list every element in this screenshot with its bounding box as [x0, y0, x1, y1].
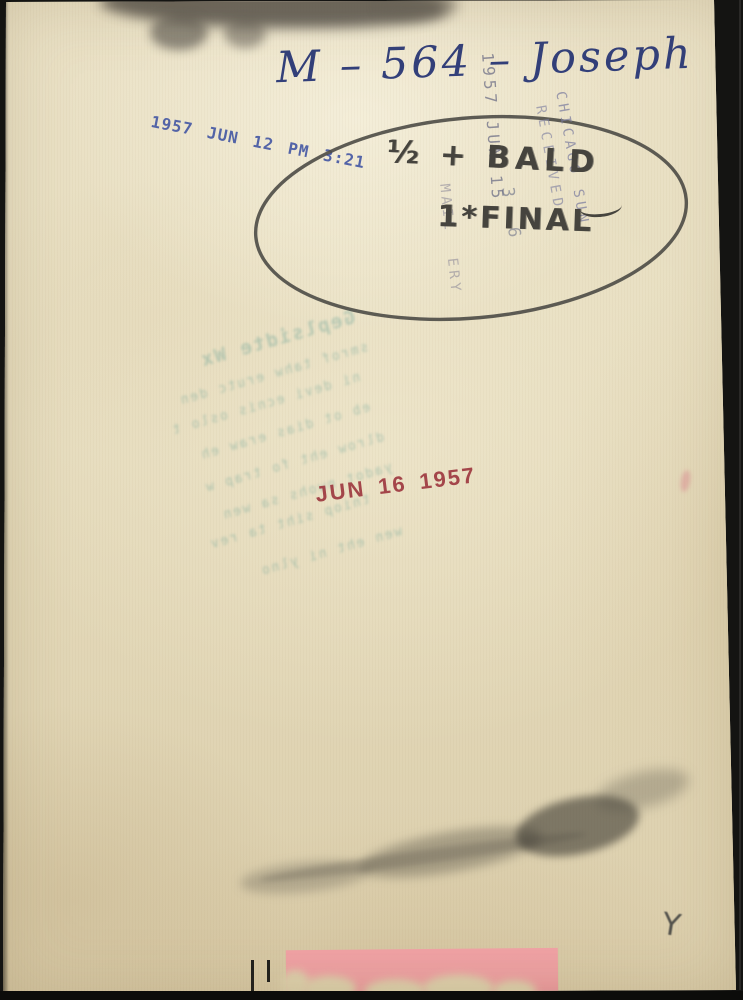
corner-sorter-mark: Y	[659, 907, 683, 944]
left-scan-edge	[0, 0, 9, 1000]
publication-date-stamp: JUN 16 1957	[314, 462, 478, 508]
crop-note-line2: 1*FINAL	[437, 199, 595, 239]
bottom-photo-edge	[0, 991, 743, 1000]
pink-tape-strip	[286, 948, 558, 994]
stamp-digit-3: 3	[497, 186, 518, 198]
photo-verso-scan: M – 564 – Joseph 1957 JUN 12 PM 3:21 195…	[0, 0, 743, 1000]
registration-tick-mark	[267, 960, 270, 982]
top-ink-smudge-lobe	[224, 18, 266, 48]
photo-back-paper: M – 564 – Joseph 1957 JUN 12 PM 3:21 195…	[0, 0, 743, 1000]
pink-edge-mark	[679, 469, 692, 492]
right-photo-edge-line	[739, 0, 741, 990]
top-ink-smudge-lobe	[150, 14, 208, 50]
